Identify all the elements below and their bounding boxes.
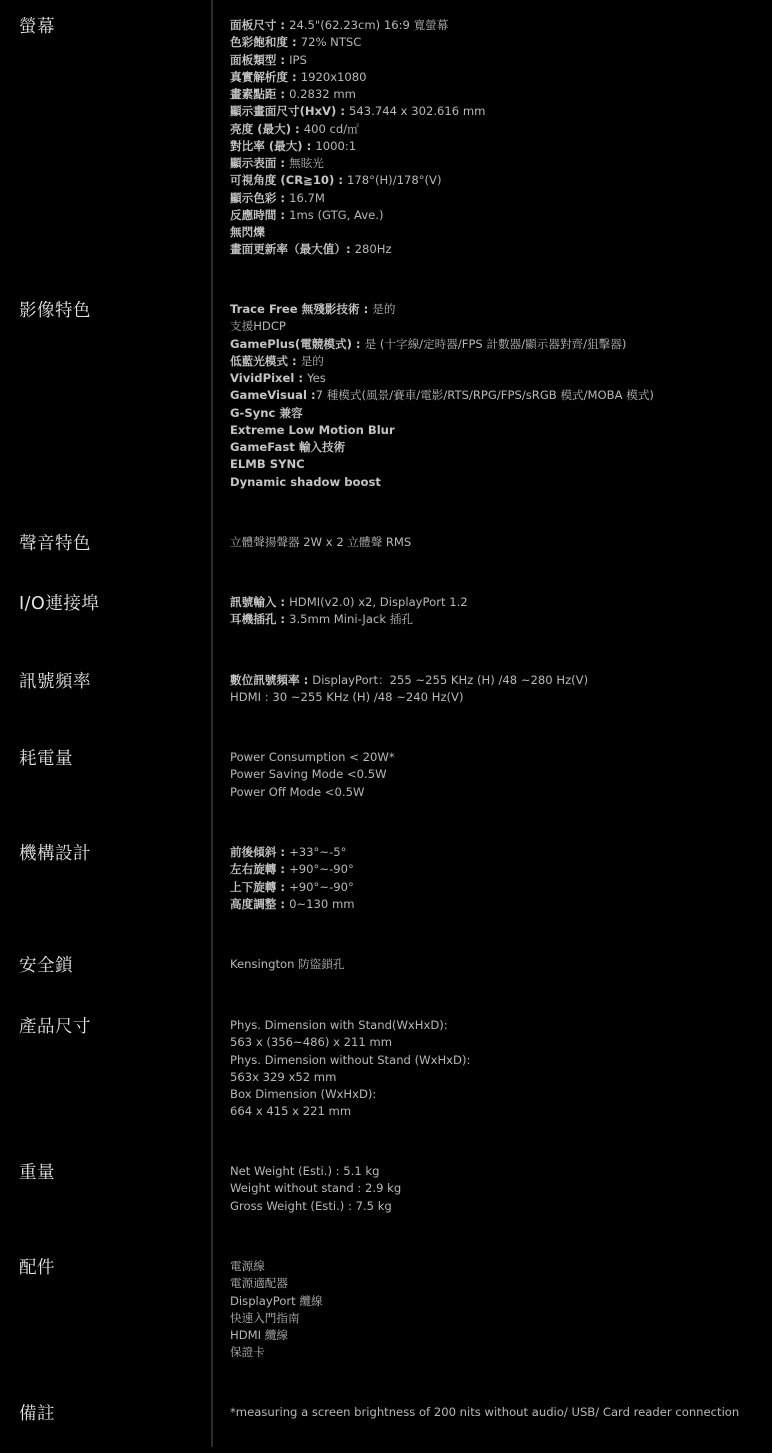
spec-value: Net Weight (Esti.) : 5.1 kg (230, 1164, 379, 1178)
spec-line: 訊號輸入 : HDMI(v2.0) x2, DisplayPort 1.2 (230, 594, 468, 611)
spec-key: 左右旋轉 : (230, 862, 289, 876)
spec-value: 快速入門指南 (230, 1311, 300, 1325)
spec-line: HDMI 纜線 (230, 1327, 323, 1344)
spec-value: DisplayPort：255 ~255 KHz (H) /48 ~280 Hz… (312, 673, 588, 687)
column-divider (211, 0, 213, 1447)
spec-line: 顯示表面 : 無眩光 (230, 155, 485, 172)
spec-value: Power Consumption < 20W* (230, 750, 395, 764)
spec-value: Phys. Dimension with Stand(WxHxD): (230, 1018, 448, 1032)
spec-line: 真實解析度 : 1920x1080 (230, 69, 485, 86)
spec-line: Phys. Dimension with Stand(WxHxD): (230, 1017, 470, 1034)
spec-key: 低藍光模式 : (230, 354, 301, 368)
spec-key: 顯示畫面尺寸(HxV) : (230, 104, 349, 118)
spec-key: 對比率 (最大) : (230, 139, 315, 153)
spec-value: 0.2832 mm (289, 87, 356, 101)
spec-line: 反應時間 : 1ms (GTG, Ave.) (230, 207, 485, 224)
spec-line: *measuring a screen brightness of 200 ni… (230, 1404, 739, 1421)
spec-list: 前後傾斜 : +33°~-5° 左右旋轉 : +90°~-90° 上下旋轉 : … (230, 844, 355, 913)
spec-list: 立體聲揚聲器 2W x 2 立體聲 RMS (230, 534, 411, 551)
spec-line: 數位訊號頻率 : DisplayPort：255 ~255 KHz (H) /4… (230, 672, 588, 689)
section-title: 重量 (19, 1162, 55, 1184)
spec-line: 高度調整 : 0~130 mm (230, 896, 355, 913)
spec-line: 左右旋轉 : +90°~-90° (230, 861, 355, 878)
spec-value: Kensington 防盜鎖孔 (230, 957, 345, 971)
spec-line: Trace Free 無殘影技術 : 是的 (230, 301, 654, 318)
spec-value: Weight without stand : 2.9 kg (230, 1181, 401, 1195)
spec-line: 面板尺寸 : 24.5"(62.23cm) 16:9 寬螢幕 (230, 17, 485, 34)
section-title: I/O連接埠 (19, 593, 99, 615)
section-title: 機構設計 (19, 843, 91, 865)
spec-line: GameVisual :7 種模式(風景/賽車/電影/RTS/RPG/FPS/s… (230, 387, 654, 404)
spec-key: 前後傾斜 : (230, 845, 289, 859)
spec-line: ELMB SYNC (230, 456, 654, 473)
spec-value: 1920x1080 (301, 70, 367, 84)
spec-value: 72% NTSC (301, 35, 362, 49)
spec-line: 上下旋轉 : +90°~-90° (230, 879, 355, 896)
spec-line: Power Consumption < 20W* (230, 749, 395, 766)
spec-value: 1000:1 (315, 139, 356, 153)
spec-value: 664 x 415 x 221 mm (230, 1104, 351, 1118)
spec-line: GamePlus(電競模式) : 是 (十字線/定時器/FPS 計數器/顯示器對… (230, 336, 654, 353)
spec-line: 面板類型 : IPS (230, 52, 485, 69)
spec-line: Extreme Low Motion Blur (230, 422, 654, 439)
spec-value: +90°~-90° (289, 880, 354, 894)
spec-key: 上下旋轉 : (230, 880, 289, 894)
spec-line: Power Saving Mode <0.5W (230, 766, 395, 783)
spec-line: 低藍光模式 : 是的 (230, 353, 654, 370)
spec-line: Kensington 防盜鎖孔 (230, 956, 345, 973)
spec-line: 664 x 415 x 221 mm (230, 1103, 470, 1120)
spec-value: 電源適配器 (230, 1276, 288, 1290)
spec-value: 0~130 mm (289, 897, 355, 911)
spec-key: 耳機插孔 : (230, 612, 289, 626)
spec-line: 顯示畫面尺寸(HxV) : 543.744 x 302.616 mm (230, 103, 485, 120)
spec-list: *measuring a screen brightness of 200 ni… (230, 1404, 739, 1421)
section-title: 備註 (19, 1403, 55, 1425)
spec-value: 是 (十字線/定時器/FPS 計數器/顯示器對齊/狙擊器) (365, 337, 627, 351)
spec-line: GameFast 輸入技術 (230, 439, 654, 456)
spec-key: 亮度 (最大) : (230, 122, 304, 136)
spec-value: 24.5"(62.23cm) 16:9 寬螢幕 (289, 18, 448, 32)
spec-value: +90°~-90° (289, 862, 354, 876)
spec-value: 280Hz (355, 242, 392, 256)
spec-line: 對比率 (最大) : 1000:1 (230, 138, 485, 155)
spec-line: G-Sync 兼容 (230, 405, 654, 422)
spec-value: 7 種模式(風景/賽車/電影/RTS/RPG/FPS/sRGB 模式/MOBA … (316, 388, 654, 402)
spec-value: 543.744 x 302.616 mm (349, 104, 485, 118)
section-title: 安全鎖 (19, 955, 73, 977)
spec-value: 1ms (GTG, Ave.) (289, 208, 383, 222)
spec-key: G-Sync 兼容 (230, 406, 303, 420)
spec-key: Dynamic shadow boost (230, 475, 381, 489)
spec-key: GamePlus(電競模式) : (230, 337, 365, 351)
spec-key: 高度調整 : (230, 897, 289, 911)
spec-value: 563x 329 x52 mm (230, 1070, 336, 1084)
spec-list: Trace Free 無殘影技術 : 是的 支援HDCP GamePlus(電競… (230, 301, 654, 491)
spec-key: Extreme Low Motion Blur (230, 423, 395, 437)
spec-key: VividPixel : (230, 371, 307, 385)
spec-line: 顯示色彩 : 16.7M (230, 190, 485, 207)
spec-line: DisplayPort 纜線 (230, 1293, 323, 1310)
spec-value: +33°~-5° (289, 845, 346, 859)
spec-line: 快速入門指南 (230, 1310, 323, 1327)
spec-key: 可視角度 (CR≧10) : (230, 173, 347, 187)
spec-value: Power Off Mode <0.5W (230, 785, 364, 799)
spec-line: 耳機插孔 : 3.5mm Mini-Jack 插孔 (230, 611, 468, 628)
section-title: 產品尺寸 (19, 1016, 91, 1038)
spec-line: HDMI : 30 ~255 KHz (H) /48 ~240 Hz(V) (230, 689, 588, 706)
spec-line: 電源線 (230, 1258, 323, 1275)
spec-value: Power Saving Mode <0.5W (230, 767, 387, 781)
spec-value: Gross Weight (Esti.) : 7.5 kg (230, 1199, 392, 1213)
spec-line: 前後傾斜 : +33°~-5° (230, 844, 355, 861)
spec-list: Phys. Dimension with Stand(WxHxD): 563 x… (230, 1017, 470, 1121)
spec-value: 是的 (372, 302, 395, 316)
spec-line: 電源適配器 (230, 1275, 323, 1292)
spec-list: Power Consumption < 20W* Power Saving Mo… (230, 749, 395, 801)
spec-key: 數位訊號頻率 : (230, 673, 312, 687)
spec-value: *measuring a screen brightness of 200 ni… (230, 1405, 739, 1419)
spec-key: Trace Free 無殘影技術 : (230, 302, 372, 316)
spec-line: 畫素點距 : 0.2832 mm (230, 86, 485, 103)
spec-key: 真實解析度 : (230, 70, 301, 84)
section-title: 配件 (19, 1257, 55, 1279)
spec-line: 保證卡 (230, 1344, 323, 1361)
spec-list: 電源線 電源適配器 DisplayPort 纜線 快速入門指南 HDMI 纜線 … (230, 1258, 323, 1362)
spec-value: 保證卡 (230, 1345, 265, 1359)
spec-value: 3.5mm Mini-Jack 插孔 (289, 612, 413, 626)
spec-list: 數位訊號頻率 : DisplayPort：255 ~255 KHz (H) /4… (230, 672, 588, 707)
spec-value: 電源線 (230, 1259, 265, 1273)
spec-value: HDMI : 30 ~255 KHz (H) /48 ~240 Hz(V) (230, 690, 464, 704)
section-title: 耗電量 (19, 748, 73, 770)
spec-list: 訊號輸入 : HDMI(v2.0) x2, DisplayPort 1.2 耳機… (230, 594, 468, 629)
spec-line: 畫面更新率（最大值）: 280Hz (230, 241, 485, 258)
spec-line: 支援HDCP (230, 318, 654, 335)
spec-value: DisplayPort 纜線 (230, 1294, 323, 1308)
spec-key: ELMB SYNC (230, 457, 305, 471)
spec-value: 支援HDCP (230, 319, 286, 333)
spec-line: Net Weight (Esti.) : 5.1 kg (230, 1163, 401, 1180)
section-title: 螢幕 (19, 16, 55, 38)
spec-list: 面板尺寸 : 24.5"(62.23cm) 16:9 寬螢幕 色彩飽和度 : 7… (230, 17, 485, 259)
spec-value: Yes (307, 371, 326, 385)
spec-line: 亮度 (最大) : 400 cd/㎡ (230, 121, 485, 138)
spec-line: Dynamic shadow boost (230, 474, 654, 491)
spec-line: 563 x (356~486) x 211 mm (230, 1034, 470, 1051)
spec-key: GameVisual : (230, 388, 316, 402)
spec-value: Phys. Dimension without Stand (WxHxD): (230, 1053, 470, 1067)
spec-value: 178°(H)/178°(V) (347, 173, 442, 187)
spec-key: 面板類型 : (230, 53, 289, 67)
section-title: 聲音特色 (19, 533, 91, 555)
spec-line: 立體聲揚聲器 2W x 2 立體聲 RMS (230, 534, 411, 551)
section-title: 訊號頻率 (19, 671, 91, 693)
spec-key: 無閃爍 (230, 225, 265, 239)
spec-value: 563 x (356~486) x 211 mm (230, 1035, 392, 1049)
spec-line: Power Off Mode <0.5W (230, 784, 395, 801)
spec-value: HDMI 纜線 (230, 1328, 288, 1342)
spec-key: 反應時間 : (230, 208, 289, 222)
spec-line: Gross Weight (Esti.) : 7.5 kg (230, 1198, 401, 1215)
section-title: 影像特色 (19, 300, 91, 322)
spec-value: 立體聲揚聲器 2W x 2 立體聲 RMS (230, 535, 411, 549)
spec-list: Kensington 防盜鎖孔 (230, 956, 345, 973)
spec-key: 面板尺寸 : (230, 18, 289, 32)
spec-value: Box Dimension (WxHxD): (230, 1087, 376, 1101)
spec-key: 顯示表面 : (230, 156, 289, 170)
spec-line: 色彩飽和度 : 72% NTSC (230, 34, 485, 51)
spec-list: Net Weight (Esti.) : 5.1 kg Weight witho… (230, 1163, 401, 1215)
spec-key: 畫素點距 : (230, 87, 289, 101)
spec-value: 16.7M (289, 191, 325, 205)
spec-key: 畫面更新率（最大值）: (230, 242, 355, 256)
spec-line: 可視角度 (CR≧10) : 178°(H)/178°(V) (230, 172, 485, 189)
spec-value: IPS (289, 53, 307, 67)
spec-key: 顯示色彩 : (230, 191, 289, 205)
spec-line: VividPixel : Yes (230, 370, 654, 387)
spec-line: Phys. Dimension without Stand (WxHxD): (230, 1052, 470, 1069)
spec-value: 是的 (301, 354, 324, 368)
spec-key: GameFast 輸入技術 (230, 440, 345, 454)
spec-line: 無閃爍 (230, 224, 485, 241)
spec-value: 無眩光 (289, 156, 324, 170)
spec-line: 563x 329 x52 mm (230, 1069, 470, 1086)
spec-line: Weight without stand : 2.9 kg (230, 1180, 401, 1197)
spec-value: HDMI(v2.0) x2, DisplayPort 1.2 (289, 595, 468, 609)
spec-line: Box Dimension (WxHxD): (230, 1086, 470, 1103)
spec-value: 400 cd/㎡ (304, 122, 359, 136)
spec-key: 色彩飽和度 : (230, 35, 301, 49)
spec-key: 訊號輸入 : (230, 595, 289, 609)
